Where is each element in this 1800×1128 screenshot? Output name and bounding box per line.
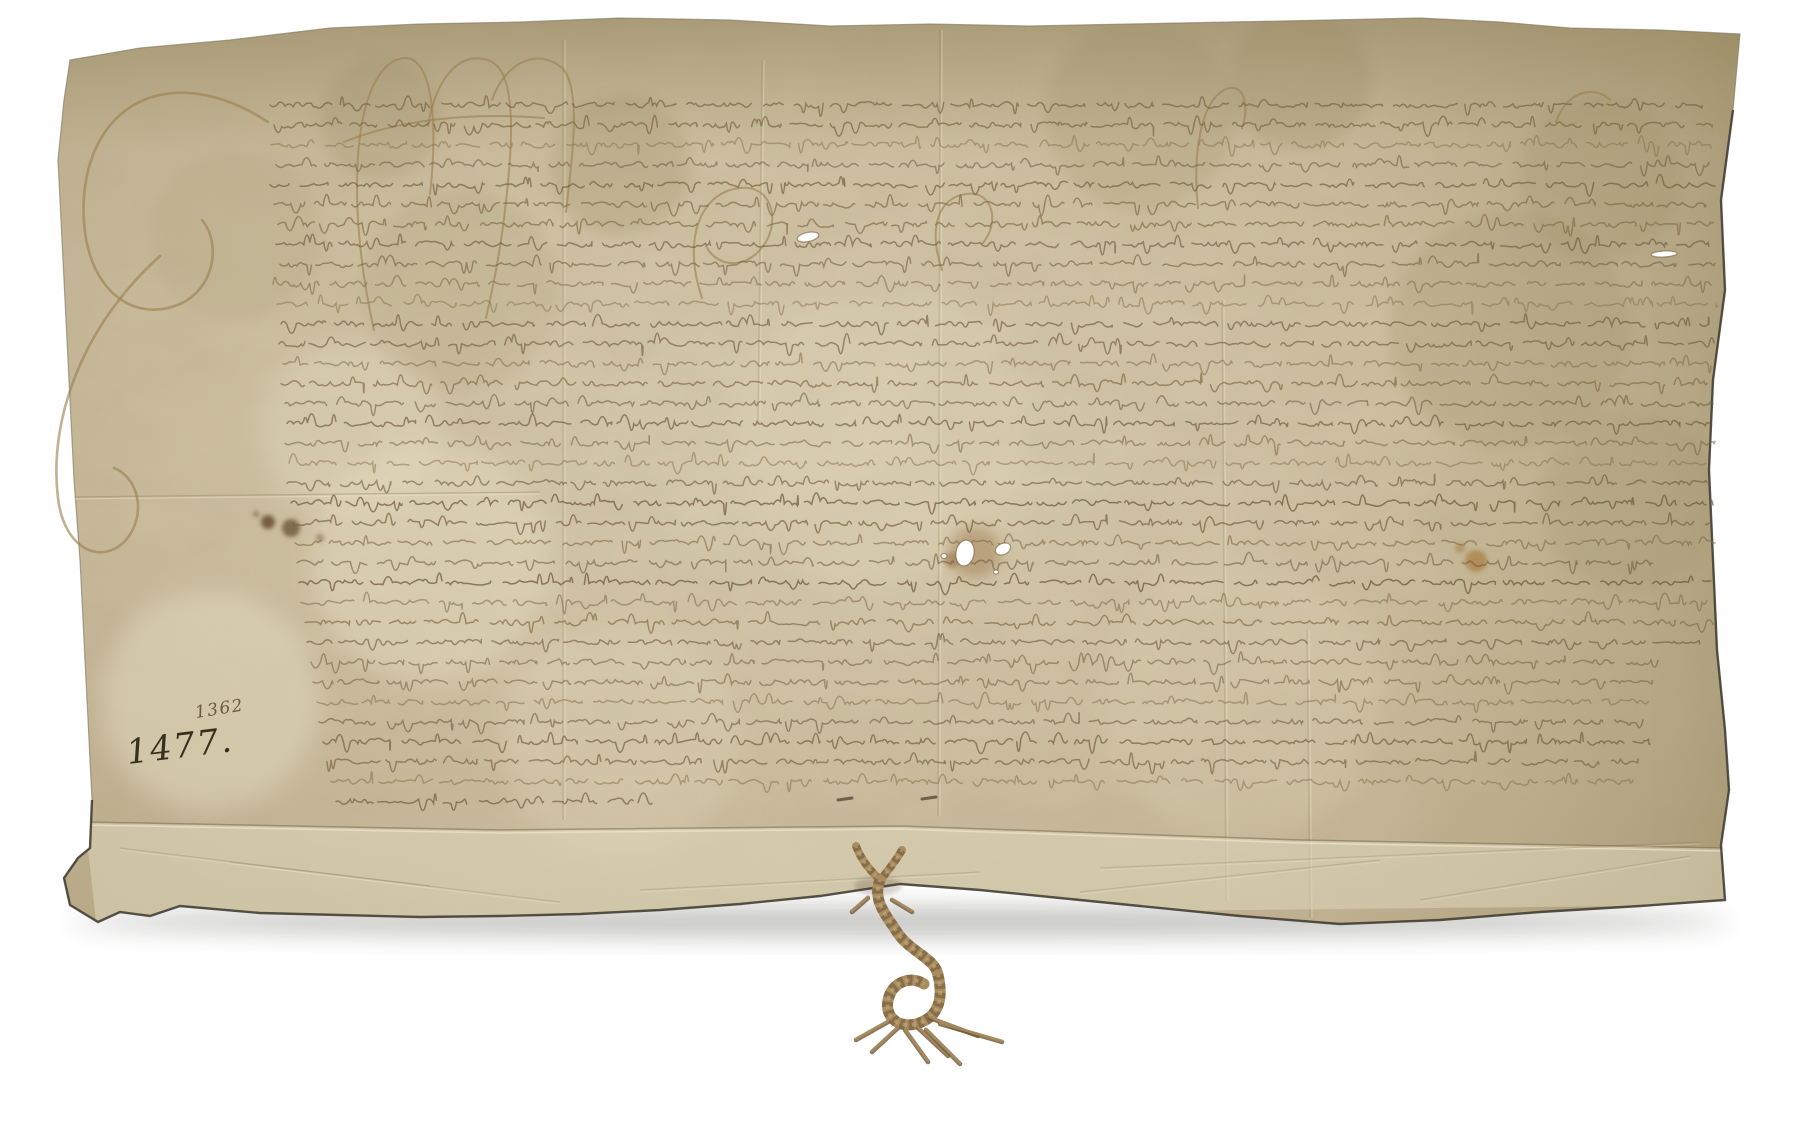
charter-photograph: 1362 1477. [0,0,1800,1128]
parchment-charter-scene: 1362 1477. [0,0,1800,1128]
